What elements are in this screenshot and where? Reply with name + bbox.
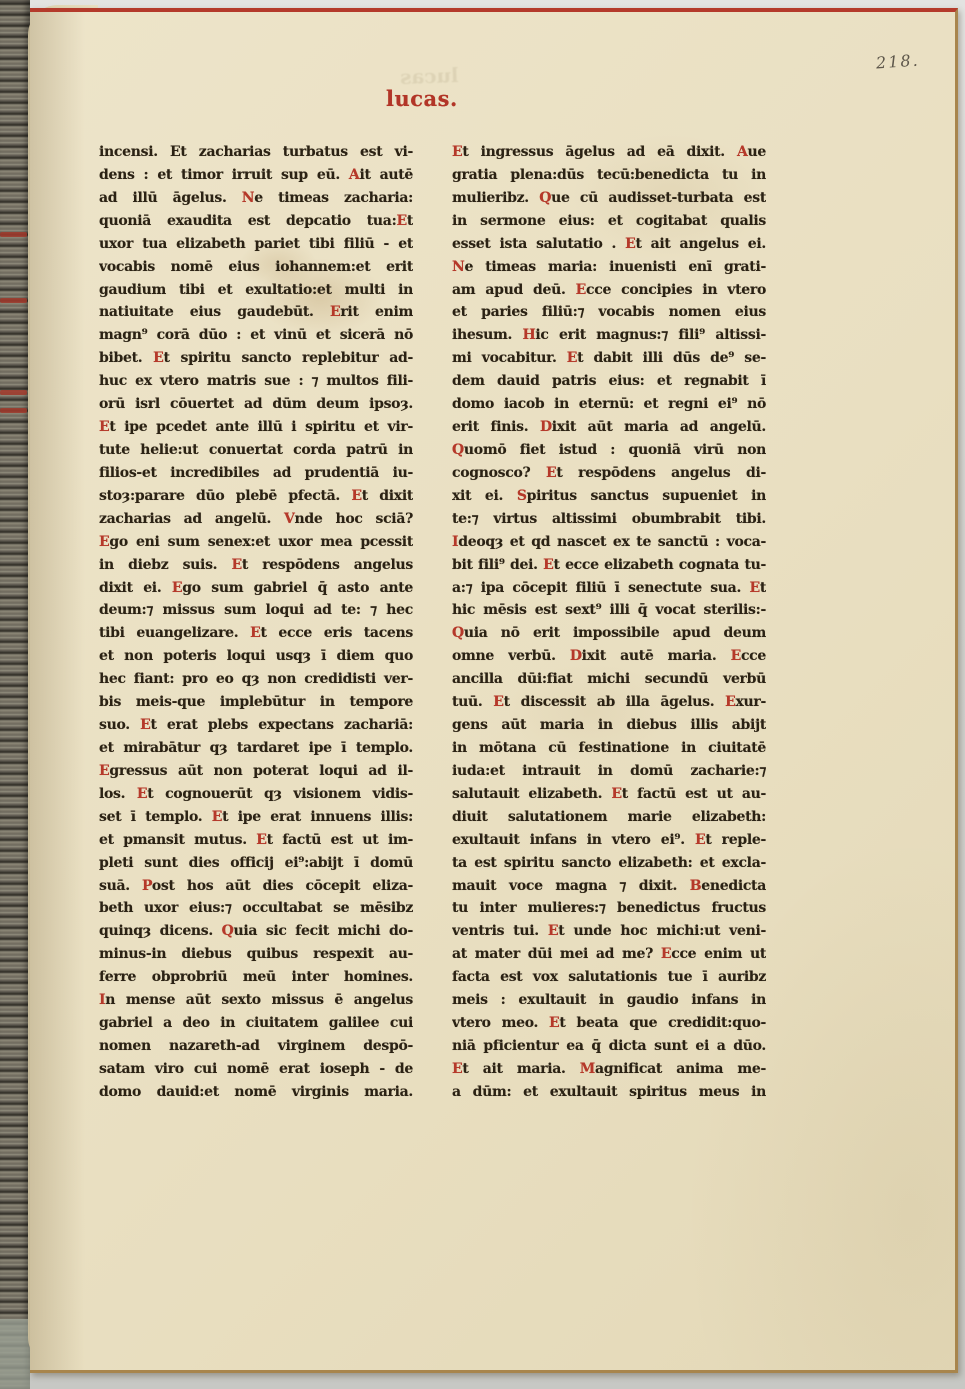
rubricated-initial: H <box>522 327 535 343</box>
rubricated-initial: E <box>330 304 340 320</box>
manuscript-page: lucas lucas. 218. incensi. Et zacharias … <box>30 8 958 1373</box>
red-edge-mark <box>0 390 27 395</box>
text-line: cognosco? Et respōdens angelus di- <box>452 462 766 485</box>
rubricated-initial: E <box>546 465 556 481</box>
text-column-left: incensi. Et zacharias turbatus est vi-de… <box>99 141 413 1109</box>
text-line: tute helie:ut conuertat corda patrū in <box>99 439 413 462</box>
text-line: ancilla dūi:fiat michi secundū verbū <box>452 668 766 691</box>
red-edge-mark <box>0 408 27 413</box>
text-line: Egressus aūt non poterat loqui ad il- <box>99 760 413 783</box>
rubricated-initial: E <box>452 1061 462 1077</box>
text-line: mi vocabitur. Et dabit illi dūs de⁹ se- <box>452 347 766 370</box>
text-line: los. Et cognouerūt qȝ visionem vidis- <box>99 783 413 806</box>
text-line: dens : et timor irruit sup eū. Ait autē <box>99 164 413 187</box>
text-line: quoniā exaudita est depcatio tua:Et <box>99 210 413 233</box>
folio-number: 218. <box>875 51 920 73</box>
text-line: gabriel a deo in ciuitatem galilee cui <box>99 1012 413 1035</box>
text-line: huc ex vtero matris sue : ⁊ multos fili- <box>99 370 413 393</box>
text-line: hec fiant: pro eo qȝ non credidisti ver- <box>99 668 413 691</box>
rubricated-initial: E <box>172 580 182 596</box>
rubricated-initial: E <box>351 488 361 504</box>
rubricated-initial: A <box>349 167 360 183</box>
rubricated-initial: E <box>661 946 671 962</box>
text-line: gaudium tibi et exultatio:et multi in <box>99 279 413 302</box>
text-line: beth uxor eius:⁊ occultabat se mēsibz <box>99 897 413 920</box>
rubricated-initial: E <box>99 763 109 779</box>
red-edge-mark <box>0 232 27 237</box>
text-line: deum:⁊ missus sum loqui ad te: ⁊ hec <box>99 599 413 622</box>
text-line: ferre obprobriū meū inter homines. <box>99 966 413 989</box>
rubricated-initial: E <box>493 694 503 710</box>
text-line: xit ei. Spiritus sanctus supueniet in <box>452 485 766 508</box>
rubricated-initial: P <box>142 878 152 894</box>
rubricated-initial: E <box>452 144 462 160</box>
text-line: dem dauid patris eius: et regnabit ī <box>452 370 766 393</box>
text-line: domo dauid:et nomē virginis maria. <box>99 1081 413 1104</box>
text-line: in mōtana cū festinatione in ciuitatē <box>452 737 766 760</box>
text-line: te:⁊ virtus altissimi obumbrabit tibi. <box>452 508 766 531</box>
text-line: incensi. Et zacharias turbatus est vi- <box>99 141 413 164</box>
rubricated-initial: E <box>137 786 147 802</box>
rubricated-initial: D <box>540 419 552 435</box>
rubricated-initial: S <box>517 488 527 504</box>
text-line: ventris tui. Et unde hoc michi:ut veni- <box>452 920 766 943</box>
text-line: In mense aūt sexto missus ē angelus <box>99 989 413 1012</box>
rubricated-initial: E <box>396 213 406 229</box>
rubricated-initial: E <box>611 786 621 802</box>
red-edge-mark <box>0 298 27 303</box>
text-line: a dūm: et exultauit spiritus meus in <box>452 1081 766 1104</box>
rubricated-initial: E <box>543 557 553 573</box>
text-line: Quia nō erit impossibile apud deum <box>452 622 766 645</box>
text-line: tu inter mulieres:⁊ benedictus fructus <box>452 897 766 920</box>
text-line: Ego eni sum senex:et uxor mea pcessit <box>99 531 413 554</box>
rubricated-initial: E <box>153 350 163 366</box>
text-line: bit fili⁹ dei. Et ecce elizabeth cognata… <box>452 554 766 577</box>
binding-corner <box>0 1319 30 1389</box>
rubricated-initial: E <box>549 1015 559 1031</box>
text-column-right: Et ingressus āgelus ad eā dixit. Auegrat… <box>452 141 766 1109</box>
rubricated-initial: B <box>690 878 702 894</box>
text-line: in sermone eius: et cogitabat qualis <box>452 210 766 233</box>
text-line: meis : exultauit in gaudio infans in <box>452 989 766 1012</box>
text-line: Quomō fiet istud : quoniā virū non <box>452 439 766 462</box>
text-line: vtero meo. Et beata que credidit:quo- <box>452 1012 766 1035</box>
text-line: suā. Post hos aūt dies cōcepit eliza- <box>99 875 413 898</box>
text-line: tuū. Et discessit ab illa āgelus. Exur- <box>452 691 766 714</box>
text-line: domo iacob in eternū: et regni ei⁹ nō <box>452 393 766 416</box>
text-line: et pmansit mutus. Et factū est ut im- <box>99 829 413 852</box>
rubricated-initial: E <box>212 809 222 825</box>
text-line: Et ait maria. Magnificat anima me- <box>452 1058 766 1081</box>
rubricated-initial: Q <box>222 923 234 939</box>
text-line: bis meis-que implebūtur in tempore <box>99 691 413 714</box>
rubricated-initial: E <box>695 832 705 848</box>
text-line: dixit ei. Ego sum gabriel q̄ asto ante <box>99 577 413 600</box>
rubricated-initial: E <box>567 350 577 366</box>
text-line: in diebz suis. Et respōdens angelus <box>99 554 413 577</box>
rubricated-initial: E <box>625 236 635 252</box>
rubricated-initial: E <box>731 648 741 664</box>
text-line: satam viro cui nomē erat ioseph - de <box>99 1058 413 1081</box>
text-line: omne verbū. Dixit autē maria. Ecce <box>452 645 766 668</box>
text-line: diuit salutationem marie elizabeth: <box>452 806 766 829</box>
text-line: facta est vox salutationis tue ī auribz <box>452 966 766 989</box>
text-line: suo. Et erat plebs expectans zachariā: <box>99 714 413 737</box>
text-line: et non poteris loqui usqȝ ī diem quo <box>99 645 413 668</box>
rubricated-initial: E <box>548 923 558 939</box>
text-line: Et ipe pcedet ante illū i spiritu et vir… <box>99 416 413 439</box>
rubricated-initial: D <box>570 648 582 664</box>
text-line: tibi euangelizare. Et ecce eris tacens <box>99 622 413 645</box>
text-line: ta est spiritu sancto elizabeth: et excl… <box>452 852 766 875</box>
text-line: ad illū āgelus. Ne timeas zacharia: <box>99 187 413 210</box>
text-line: am apud deū. Ecce concipies in vtero <box>452 279 766 302</box>
text-line: gens aūt maria in diebus illis abijt <box>452 714 766 737</box>
text-line: mauit voce magna ⁊ dixit. Benedicta <box>452 875 766 898</box>
text-line: zacharias ad angelū. Vnde hoc sciā? <box>99 508 413 531</box>
rubricated-initial: E <box>99 419 109 435</box>
rubricated-initial: E <box>256 832 266 848</box>
text-line: quinqȝ dicens. Quia sic fecit michi do- <box>99 920 413 943</box>
text-line: esset ista salutatio . Et ait angelus ei… <box>452 233 766 256</box>
text-line: nomen nazareth-ad virginem despō- <box>99 1035 413 1058</box>
rubricated-initial: E <box>749 580 759 596</box>
text-line: iuda:et intrauit in domū zacharie:⁊ <box>452 760 766 783</box>
text-line: at mater dūi mei ad me? Ecce enim ut <box>452 943 766 966</box>
stacked-page-edges <box>0 0 30 1389</box>
text-line: exultauit infans in vtero ei⁹. Et reple- <box>452 829 766 852</box>
rubricated-initial: A <box>737 144 748 160</box>
rubricated-initial: N <box>452 259 465 275</box>
rubricated-initial: N <box>242 190 255 206</box>
text-line: Ne timeas maria: inuenisti enī grati- <box>452 256 766 279</box>
text-line: filios-et incredibiles ad prudentiā iu- <box>99 462 413 485</box>
rubricated-initial: M <box>580 1061 595 1077</box>
rubricated-initial: Q <box>452 625 464 641</box>
text-line: bibet. Et spiritu sancto replebitur ad- <box>99 347 413 370</box>
rubricated-initial: E <box>725 694 735 710</box>
text-line: et mirabātur qȝ tardaret ipe ī templo. <box>99 737 413 760</box>
text-line: ihesum. Hic erit magnus:⁊ fili⁹ altissi- <box>452 324 766 347</box>
rubricated-initial: Q <box>452 442 464 458</box>
text-line: gratia plena:dūs tecū:benedicta tu in <box>452 164 766 187</box>
text-line: pleti sunt dies officij ei⁹:abijt ī domū <box>99 852 413 875</box>
rubricated-initial: E <box>576 282 586 298</box>
rubricated-initial: E <box>140 717 150 733</box>
text-line: salutauit elizabeth. Et factū est ut au- <box>452 783 766 806</box>
text-line: hic mēsis est sext⁹ illi q̄ vocat steril… <box>452 599 766 622</box>
text-line: orū isrl cōuertet ad dūm deum ipsoȝ. <box>99 393 413 416</box>
text-line: set ī templo. Et ipe erat innuens illis: <box>99 806 413 829</box>
text-line: et paries filiū:⁊ vocabis nomen eius <box>452 301 766 324</box>
text-line: mulieribz. Que cū audisset-turbata est <box>452 187 766 210</box>
text-line: a:⁊ ipa cōcepit filiū ī senectute sua. E… <box>452 577 766 600</box>
rubricated-initial: Q <box>539 190 551 206</box>
running-header: lucas. <box>386 86 516 111</box>
text-line: Et ingressus āgelus ad eā dixit. Aue <box>452 141 766 164</box>
rubricated-initial: E <box>99 534 109 550</box>
text-line: Ideoqȝ et qd nascet ex te sanctū : voca- <box>452 531 766 554</box>
text-line: uxor tua elizabeth pariet tibi filiū - e… <box>99 233 413 256</box>
rubricated-initial: E <box>231 557 241 573</box>
rubricated-initial: E <box>250 625 260 641</box>
text-line: natiuitate eius gaudebūt. Erit enim <box>99 301 413 324</box>
text-line: niā pficientur ea q̄ dicta sunt ei a dūo… <box>452 1035 766 1058</box>
text-line: erit finis. Dixit aūt maria ad angelū. <box>452 416 766 439</box>
text-line: stoȝ:parare dūo plebē pfectā. Et dixit <box>99 485 413 508</box>
text-line: minus-in diebus quibus respexit au- <box>99 943 413 966</box>
rubricated-initial: V <box>284 511 295 527</box>
text-line: magn⁹ corā dūo : et vinū et sicerā nō <box>99 324 413 347</box>
text-line: vocabis nomē eius iohannem:et erit <box>99 256 413 279</box>
